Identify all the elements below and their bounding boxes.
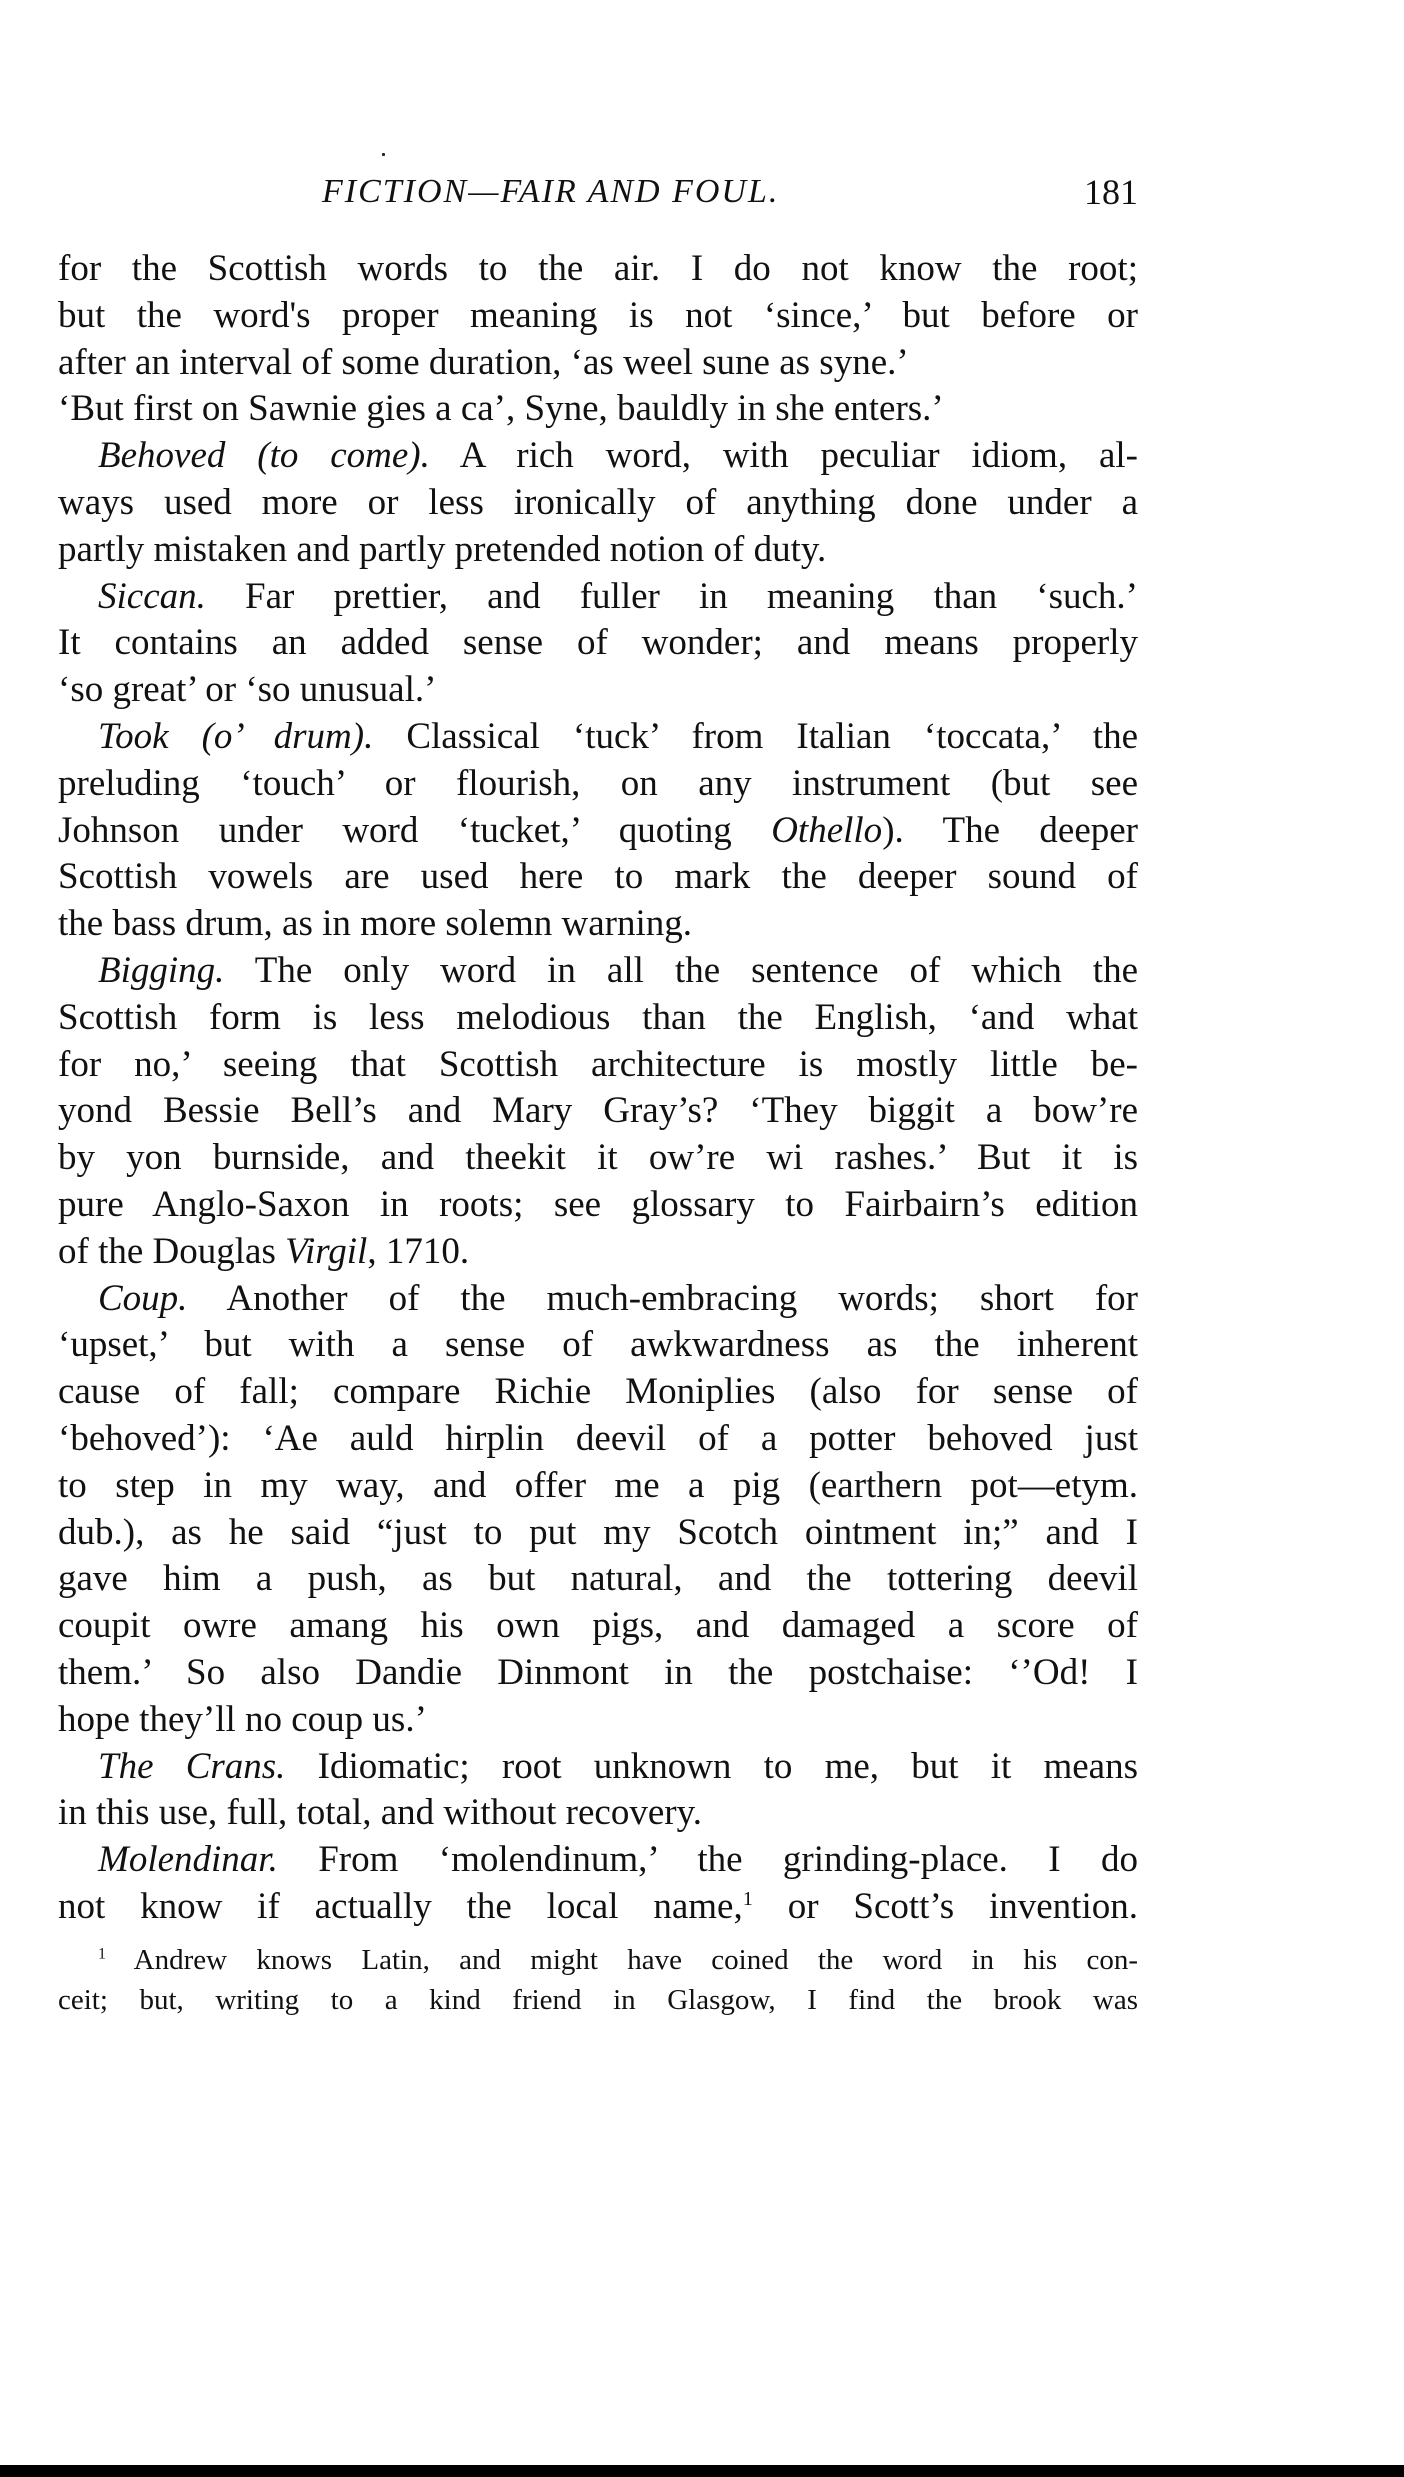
footnote-line: ceit; but, writing to a kind friend in G… <box>58 1980 1138 2020</box>
text-line: Molendinar. From ‘molendinum,’ the grind… <box>58 1837 1138 1884</box>
line-text: Scottish vowels are used here to mark th… <box>58 856 1138 897</box>
text-line: after an interval of some duration, ‘as … <box>58 340 1138 387</box>
text-line: Johnson under word ‘tucket,’ quoting Oth… <box>58 808 1138 855</box>
text-line: Took (o’ drum). Classical ‘tuck’ from It… <box>58 714 1138 761</box>
text-line: dub.), as he said “just to put my Scotch… <box>58 1510 1138 1557</box>
line-text: gave him a push, as but natural, and the… <box>58 1558 1138 1599</box>
line-text: by yon burnside, and theekit it ow’re wi… <box>58 1137 1138 1178</box>
text-line: by yon burnside, and theekit it ow’re wi… <box>58 1135 1138 1182</box>
line-text: ‘But first on Sawnie gies a ca’, Syne, b… <box>58 388 944 429</box>
text-line: ‘so great’ or ‘so unusual.’ <box>58 667 1138 714</box>
line-text: or Scott’s invention. <box>753 1886 1138 1927</box>
text-line: ‘But first on Sawnie gies a ca’, Syne, b… <box>58 386 1138 433</box>
glossary-term: Siccan. <box>98 576 206 617</box>
running-head: FICTION—FAIR AND FOUL. 181 <box>58 168 1138 216</box>
line-text: Scottish form is less melodious than the… <box>58 997 1138 1038</box>
text-line: to step in my way, and offer me a pig (e… <box>58 1463 1138 1510</box>
text-line: for no,’ seeing that Scottish architectu… <box>58 1042 1138 1089</box>
text-line: in this use, full, total, and without re… <box>58 1790 1138 1837</box>
line-text: for no,’ seeing that Scottish architectu… <box>58 1044 1138 1085</box>
print-speck <box>382 153 385 156</box>
text-line: ‘behoved’): ‘Ae auld hirplin deevil of a… <box>58 1416 1138 1463</box>
line-text: hope they’ll no coup us.’ <box>58 1699 427 1740</box>
text-line: Coup. Another of the much-embracing word… <box>58 1276 1138 1323</box>
glossary-term: Othello <box>771 810 882 851</box>
text-line: for the Scottish words to the air. I do … <box>58 246 1138 293</box>
line-text: ‘behoved’): ‘Ae auld hirplin deevil of a… <box>58 1418 1138 1459</box>
line-text: dub.), as he said “just to put my Scotch… <box>58 1512 1138 1553</box>
text-line: yond Bessie Bell’s and Mary Gray’s? ‘The… <box>58 1088 1138 1135</box>
glossary-term: Bigging. <box>98 950 224 991</box>
line-text: after an interval of some duration, ‘as … <box>58 342 909 383</box>
text-line: of the Douglas Virgil, 1710. <box>58 1229 1138 1276</box>
text-line: them.’ So also Dandie Dinmont in the pos… <box>58 1650 1138 1697</box>
text-line: coupit owre amang his own pigs, and dama… <box>58 1603 1138 1650</box>
glossary-term: Behoved (to come). <box>98 435 430 476</box>
text-line: hope they’ll no coup us.’ <box>58 1697 1138 1744</box>
text-line: Scottish form is less melodious than the… <box>58 995 1138 1042</box>
line-text: coupit owre amang his own pigs, and dama… <box>58 1605 1138 1646</box>
line-text: ways used more or less ironically of any… <box>58 482 1138 523</box>
text-line: gave him a push, as but natural, and the… <box>58 1556 1138 1603</box>
line-text: not know if actually the local name, <box>58 1886 743 1927</box>
line-text: yond Bessie Bell’s and Mary Gray’s? ‘The… <box>58 1090 1138 1131</box>
glossary-term: Molendinar. <box>98 1839 278 1880</box>
text-line: but the word's proper meaning is not ‘si… <box>58 293 1138 340</box>
line-text: From ‘molendinum,’ the grinding-place. I… <box>278 1839 1138 1880</box>
line-text: , 1710. <box>367 1231 469 1272</box>
page-number: 181 <box>1084 168 1138 216</box>
line-text: Classical ‘tuck’ from Italian ‘toccata,’… <box>373 716 1138 757</box>
line-text: It contains an added sense of wonder; an… <box>58 622 1138 663</box>
line-text: A rich word, with peculiar idiom, al- <box>430 435 1138 476</box>
line-text: for the Scottish words to the air. I do … <box>58 248 1138 289</box>
line-text: Another of the much-embracing words; sho… <box>187 1278 1138 1319</box>
text-line: cause of fall; compare Richie Moniplies … <box>58 1369 1138 1416</box>
glossary-term: Coup. <box>98 1278 187 1319</box>
text-line: ways used more or less ironically of any… <box>58 480 1138 527</box>
line-text: ‘upset,’ but with a sense of awkwardness… <box>58 1324 1138 1365</box>
line-text: Far prettier, and fuller in meaning than… <box>206 576 1138 617</box>
text-line: It contains an added sense of wonder; an… <box>58 620 1138 667</box>
text-line: Bigging. The only word in all the senten… <box>58 948 1138 995</box>
line-text: preluding ‘touch’ or flourish, on any in… <box>58 763 1138 804</box>
text-line: Scottish vowels are used here to mark th… <box>58 854 1138 901</box>
book-page: FICTION—FAIR AND FOUL. 181 for the Scott… <box>0 0 1404 2477</box>
glossary-term: The Crans. <box>98 1746 285 1787</box>
glossary-term: Virgil <box>285 1231 367 1272</box>
text-line: The Crans. Idiomatic; root unknown to me… <box>58 1744 1138 1791</box>
footnote-reference: 1 <box>743 1888 753 1910</box>
line-text: of the Douglas <box>58 1231 285 1272</box>
text-line: Siccan. Far prettier, and fuller in mean… <box>58 574 1138 621</box>
line-text: in this use, full, total, and without re… <box>58 1792 702 1833</box>
scan-bottom-edge <box>0 2465 1404 2477</box>
text-line: pure Anglo-Saxon in roots; see glossary … <box>58 1182 1138 1229</box>
line-text: ‘so great’ or ‘so unusual.’ <box>58 669 436 710</box>
line-text: partly mistaken and partly pretended not… <box>58 529 826 570</box>
text-line: Behoved (to come). A rich word, with pec… <box>58 433 1138 480</box>
footnote-line: 1 Andrew knows Latin, and might have coi… <box>58 1940 1138 1980</box>
line-text: Idiomatic; root unknown to me, but it me… <box>285 1746 1138 1787</box>
text-line: the bass drum, as in more solemn warning… <box>58 901 1138 948</box>
footnotes: 1 Andrew knows Latin, and might have coi… <box>58 1940 1138 2020</box>
line-text: to step in my way, and offer me a pig (e… <box>58 1465 1138 1506</box>
text-line: partly mistaken and partly pretended not… <box>58 527 1138 574</box>
body-text: for the Scottish words to the air. I do … <box>58 246 1138 1931</box>
line-text: but the word's proper meaning is not ‘si… <box>58 295 1138 336</box>
line-text: ). The deeper <box>882 810 1138 851</box>
text-line: ‘upset,’ but with a sense of awkwardness… <box>58 1322 1138 1369</box>
text-line: preluding ‘touch’ or flourish, on any in… <box>58 761 1138 808</box>
glossary-term: Took (o’ drum). <box>98 716 373 757</box>
line-text: cause of fall; compare Richie Moniplies … <box>58 1371 1138 1412</box>
footnote-marker: 1 <box>98 1946 106 1963</box>
line-text: pure Anglo-Saxon in roots; see glossary … <box>58 1184 1138 1225</box>
text-line: not know if actually the local name,1 or… <box>58 1884 1138 1931</box>
line-text: The only word in all the sentence of whi… <box>224 950 1138 991</box>
line-text: them.’ So also Dandie Dinmont in the pos… <box>58 1652 1138 1693</box>
running-title: FICTION—FAIR AND FOUL. <box>322 168 779 216</box>
line-text: Johnson under word ‘tucket,’ quoting <box>58 810 771 851</box>
line-text: the bass drum, as in more solemn warning… <box>58 903 692 944</box>
